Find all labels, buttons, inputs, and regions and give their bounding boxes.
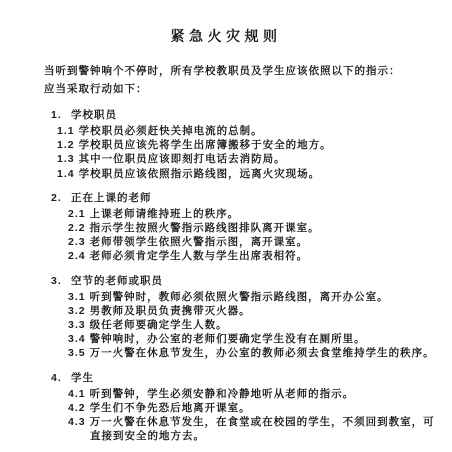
list-item: 3.5万一火警在休息节发生，办公室的教师必须去食堂维持学生的秩序。 xyxy=(68,346,438,360)
section-title: 学生 xyxy=(71,372,94,384)
item-text: 级任老师要确定学生人数。 xyxy=(90,319,228,331)
page-title: 紧急火灾规则 xyxy=(44,26,408,46)
item-number: 4.2 xyxy=(68,402,86,414)
item-text: 听到警钟时，教师必须依照火警指示路线图，离开办公室。 xyxy=(90,291,389,303)
list-item: 1.1学校职员必须赶快关掉电流的总制。 xyxy=(57,124,427,138)
item-number: 3.2 xyxy=(68,305,86,317)
list-item: 3.1听到警钟时，教师必须依照火警指示路线图，离开办公室。 xyxy=(68,290,438,304)
item-number: 3.4 xyxy=(68,333,86,345)
list-item: 2.1上课老师请维持班上的秩序。 xyxy=(68,207,438,221)
item-text: 万一火警在休息节发生，办公室的教师必须去食堂维持学生的秩序。 xyxy=(90,347,435,359)
item-text: 听到警钟，学生必须安静和冷静地听从老师的指示。 xyxy=(90,388,355,400)
section-number: 4. xyxy=(51,371,71,386)
section-title: 正在上课的老师 xyxy=(71,192,152,204)
item-number: 1.1 xyxy=(57,125,75,137)
list-item: 2.4老师必须肯定学生人数与学生出席表相符。 xyxy=(68,249,438,263)
item-number: 4.1 xyxy=(68,388,86,400)
item-text: 其中一位职员应该即刻打电话去消防局。 xyxy=(79,153,286,165)
item-text: 老师必须肯定学生人数与学生出席表相符。 xyxy=(90,250,309,262)
section-items: 2.1上课老师请维持班上的秩序。 2.2指示学生按照火警指示路线图排队离开课室。… xyxy=(68,207,438,264)
intro-line: 当听到警钟响个不停时，所有学校教职员及学生应该依照以下的指示： xyxy=(44,62,438,80)
section-number: 2. xyxy=(51,191,71,206)
list-item: 4.2学生们不争先恐后地离开课室。 xyxy=(68,401,438,415)
item-number: 3.5 xyxy=(68,347,86,359)
list-item: 2.2指示学生按照火警指示路线图排队离开课室。 xyxy=(68,221,438,235)
item-text: 老师带领学生依照火警指示图，离开课室。 xyxy=(90,236,309,248)
section-heading: 1.学校职员 xyxy=(51,108,438,123)
section-items: 1.1学校职员必须赶快关掉电流的总制。 1.2学校职员应该先将学生出席簿搬移于安… xyxy=(57,124,427,181)
section-items: 4.1听到警钟，学生必须安静和冷静地听从老师的指示。 4.2学生们不争先恐后地离… xyxy=(68,387,438,444)
item-text: 学校职员应该依照指示路线图，远离火灾现场。 xyxy=(79,168,321,180)
section-title: 空节的老师或职员 xyxy=(71,275,163,287)
section-number: 3. xyxy=(51,274,71,289)
list-item: 4.1听到警钟，学生必须安静和冷静地听从老师的指示。 xyxy=(68,387,438,401)
item-number: 2.3 xyxy=(68,236,86,248)
document-page: 紧急火灾规则 当听到警钟响个不停时，所有学校教职员及学生应该依照以下的指示： 应… xyxy=(0,0,452,452)
section-heading: 3.空节的老师或职员 xyxy=(51,274,438,289)
item-number: 2.4 xyxy=(68,250,86,262)
section-teachers-in-class: 2.正在上课的老师 2.1上课老师请维持班上的秩序。 2.2指示学生按照火警指示… xyxy=(51,191,438,264)
list-item: 1.3其中一位职员应该即刻打电话去消防局。 xyxy=(57,152,427,166)
item-text: 学生们不争先恐后地离开课室。 xyxy=(90,402,251,414)
section-heading: 2.正在上课的老师 xyxy=(51,191,438,206)
item-text: 警钟响时，办公室的老师们要确定学生没有在厕所里。 xyxy=(90,333,366,345)
item-number: 2.2 xyxy=(68,222,86,234)
section-free-period-staff: 3.空节的老师或职员 3.1听到警钟时，教师必须依照火警指示路线图，离开办公室。… xyxy=(51,274,438,361)
section-school-staff: 1.学校职员 1.1学校职员必须赶快关掉电流的总制。 1.2学校职员应该先将学生… xyxy=(51,108,438,181)
item-number: 3.1 xyxy=(68,291,86,303)
item-number: 1.2 xyxy=(57,139,75,151)
list-item: 1.4学校职员应该依照指示路线图，远离火灾现场。 xyxy=(57,167,427,181)
list-item: 4.3万一火警在休息节发生，在食堂或在校园的学生，不须回到教室，可直接到安全的地… xyxy=(68,415,438,443)
section-heading: 4.学生 xyxy=(51,371,438,386)
list-item: 2.3老师带领学生依照火警指示图，离开课室。 xyxy=(68,235,438,249)
section-title: 学校职员 xyxy=(71,109,117,121)
list-item: 3.3级任老师要确定学生人数。 xyxy=(68,318,438,332)
list-item: 1.2学校职员应该先将学生出席簿搬移于安全的地方。 xyxy=(57,138,427,152)
item-number: 3.3 xyxy=(68,319,86,331)
item-text: 男教师及职员负责携带灭火器。 xyxy=(90,305,251,317)
section-items: 3.1听到警钟时，教师必须依照火警指示路线图，离开办公室。 3.2男教师及职员负… xyxy=(68,290,438,361)
section-students: 4.学生 4.1听到警钟，学生必须安静和冷静地听从老师的指示。 4.2学生们不争… xyxy=(51,371,438,444)
item-text: 学校职员必须赶快关掉电流的总制。 xyxy=(79,125,263,137)
item-number: 1.3 xyxy=(57,153,75,165)
section-number: 1. xyxy=(51,108,71,123)
intro-line: 应当采取行动如下： xyxy=(44,80,438,98)
intro-paragraph: 当听到警钟响个不停时，所有学校教职员及学生应该依照以下的指示： 应当采取行动如下… xyxy=(44,62,438,98)
list-item: 3.2男教师及职员负责携带灭火器。 xyxy=(68,304,438,318)
item-text: 指示学生按照火警指示路线图排队离开课室。 xyxy=(90,222,320,234)
list-item: 3.4警钟响时，办公室的老师们要确定学生没有在厕所里。 xyxy=(68,332,438,346)
item-text: 万一火警在休息节发生，在食堂或在校园的学生，不须回到教室，可直接到安全的地方去。 xyxy=(90,416,435,442)
item-number: 2.1 xyxy=(68,208,86,220)
item-text: 上课老师请维持班上的秩序。 xyxy=(90,208,240,220)
item-number: 4.3 xyxy=(68,416,86,428)
item-text: 学校职员应该先将学生出席簿搬移于安全的地方。 xyxy=(79,139,332,151)
item-number: 1.4 xyxy=(57,168,75,180)
